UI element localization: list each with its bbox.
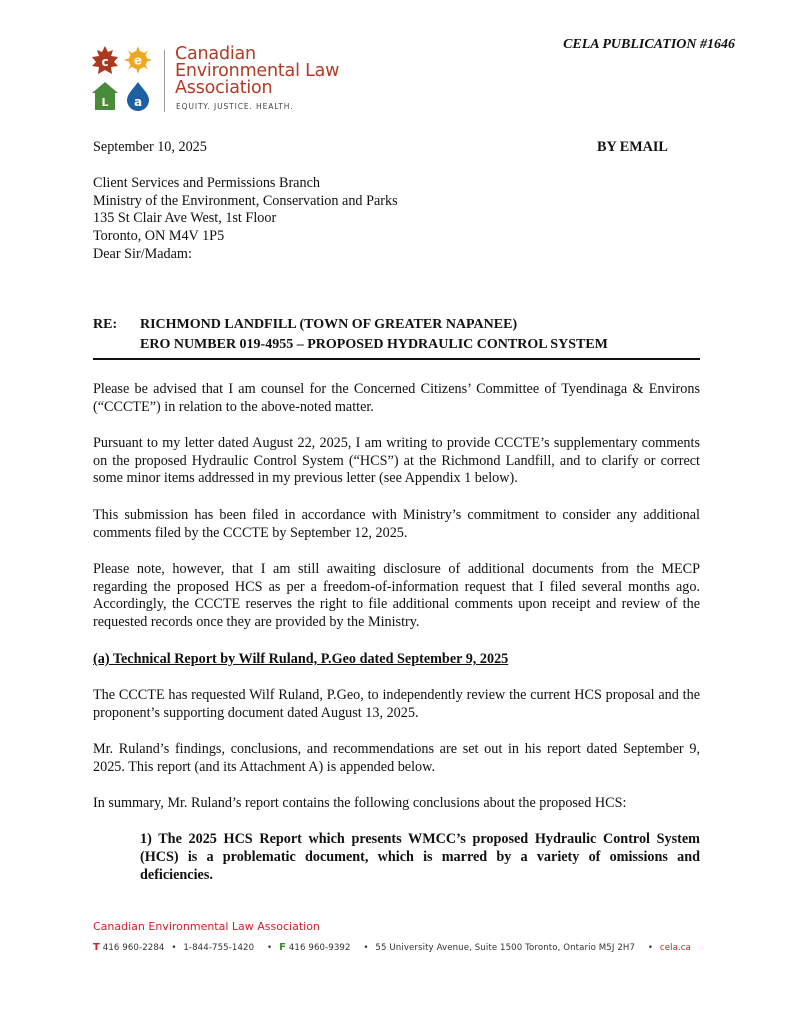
paragraph: The CCCTE has requested Wilf Ruland, P.G…: [93, 687, 700, 722]
letter-date: September 10, 2025: [93, 139, 207, 157]
tel-label: T: [93, 942, 100, 953]
address-line: Client Services and Permissions Branch: [93, 175, 398, 193]
logo-divider: [164, 50, 165, 112]
footer-org-name: Canadian Environmental Law Association: [93, 920, 320, 933]
toll-free-number: 1-844-755-1420: [183, 943, 254, 953]
bullet: •: [648, 943, 653, 953]
address-line: Ministry of the Environment, Conservatio…: [93, 193, 398, 211]
fax-label: F: [279, 942, 286, 953]
subject-block: RE: RICHMOND LANDFILL (TOWN OF GREATER N…: [93, 315, 700, 360]
bullet: •: [363, 943, 368, 953]
logo-wordmark: Canadian Environmental Law Association: [175, 46, 339, 97]
fax-number: 416 960-9392: [289, 943, 351, 953]
salutation: Dear Sir/Madam:: [93, 246, 192, 264]
bullet: •: [267, 943, 272, 953]
paragraph: Please note, however, that I am still aw…: [93, 561, 700, 631]
section-a-heading: (a) Technical Report by Wilf Ruland, P.G…: [93, 651, 508, 668]
paragraph: Please be advised that I am counsel for …: [93, 381, 700, 416]
water-drop-icon: a: [127, 82, 149, 111]
recipient-address: Client Services and Permissions Branch M…: [93, 175, 398, 245]
website-link[interactable]: cela.ca: [660, 943, 691, 953]
subject-line-1: RICHMOND LANDFILL (TOWN OF GREATER NAPAN…: [140, 315, 700, 335]
address-line: 135 St Clair Ave West, 1st Floor: [93, 210, 398, 228]
paragraph: Pursuant to my letter dated August 22, 2…: [93, 435, 700, 488]
svg-text:L: L: [101, 96, 108, 109]
delivery-method: BY EMAIL: [597, 139, 668, 157]
paragraph: In summary, Mr. Ruland’s report contains…: [93, 795, 700, 813]
cela-logo: c e L a Canadian Environmental Law Ass: [90, 44, 350, 116]
svg-text:a: a: [134, 95, 142, 109]
footer-address: 55 University Avenue, Suite 1500 Toronto…: [375, 943, 635, 953]
conclusion-1: 1) The 2025 HCS Report which presents WM…: [140, 830, 700, 884]
footer-contact: T 416 960-2284 • 1-844-755-1420 • F 416 …: [93, 942, 691, 953]
svg-text:e: e: [134, 54, 142, 68]
publication-number: CELA PUBLICATION #1646: [563, 37, 735, 53]
house-icon: L: [92, 82, 118, 110]
address-line: Toronto, ON M4V 1P5: [93, 228, 398, 246]
logo-line-3: Association: [175, 80, 339, 97]
logo-icons: c e L a: [90, 44, 154, 114]
paragraph: This submission has been filed in accord…: [93, 507, 700, 542]
paragraph: Mr. Ruland’s findings, conclusions, and …: [93, 741, 700, 776]
logo-tagline: EQUITY. JUSTICE. HEALTH.: [176, 102, 293, 111]
maple-leaf-icon: c: [92, 46, 118, 74]
sun-icon: e: [124, 46, 152, 74]
re-label: RE:: [93, 315, 117, 335]
subject-line-2: ERO NUMBER 019-4955 – PROPOSED HYDRAULIC…: [140, 335, 700, 355]
tel-number: 416 960-2284: [103, 943, 165, 953]
svg-text:c: c: [101, 55, 108, 69]
bullet: •: [171, 943, 176, 953]
